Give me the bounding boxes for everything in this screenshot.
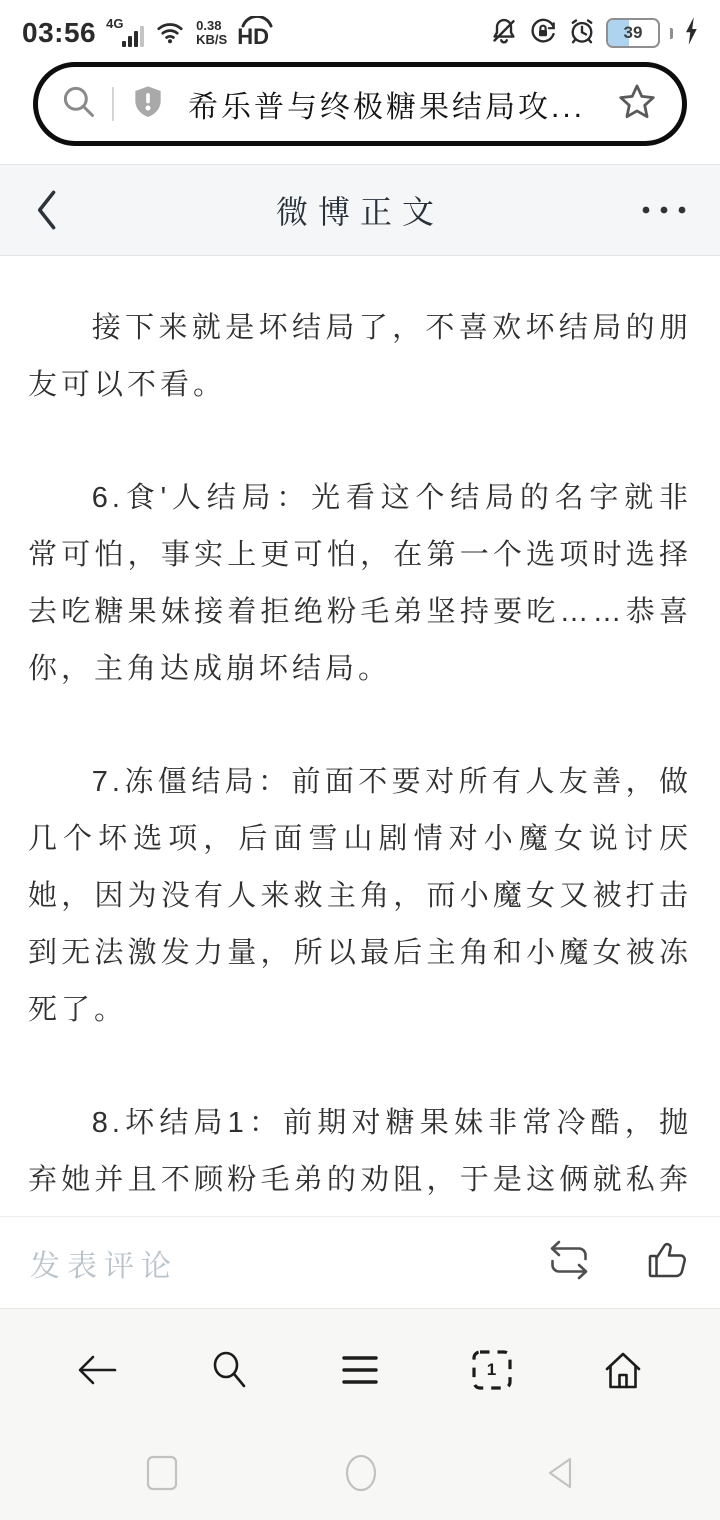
paragraph: 6.食'人结局：光看这个结局的名字就非常可怕，事实上更可怕，在第一个选项时选择去… — [28, 470, 692, 698]
phone-screen: 03:56 4G 0.38 KB/S HD — [0, 0, 720, 1520]
recents-button[interactable] — [146, 1455, 178, 1496]
more-options-button[interactable] — [580, 203, 690, 217]
toolbar-back-button[interactable] — [72, 1345, 122, 1395]
paragraph: 8.坏结局1：前期对糖果妹非常冷酷，抛弃她并且不顾粉毛弟的劝阻，于是这俩就私奔了… — [28, 1095, 692, 1216]
toolbar-menu-button[interactable] — [335, 1345, 385, 1395]
charging-bolt-icon — [682, 16, 700, 51]
speed-value: 0.38 — [196, 19, 227, 33]
mute-bell-icon — [489, 16, 519, 51]
more-icon — [638, 203, 690, 217]
wifi-icon — [154, 16, 186, 51]
battery-cap — [670, 28, 673, 39]
page-title: 微博正文 — [140, 187, 580, 233]
back-triangle-icon — [544, 1455, 574, 1491]
toolbar-tabs-button[interactable]: 1 — [467, 1345, 517, 1395]
url-address-bar[interactable]: 希乐普与终极糖果结局攻... — [33, 62, 687, 146]
site-safety-shield-icon[interactable] — [128, 82, 168, 127]
cellular-signal-icon: 4G — [106, 17, 144, 49]
battery-percent: 39 — [624, 23, 643, 43]
paragraph: 7.冻僵结局：前面不要对所有人友善，做几个坏选项，后面雪山剧情对小魔女说讨厌她，… — [28, 754, 692, 1039]
search-icon[interactable] — [60, 83, 98, 126]
comment-action-bar: 发表评论 — [0, 1216, 720, 1308]
back-button-system[interactable] — [544, 1455, 574, 1496]
divider — [112, 87, 114, 121]
speed-unit: KB/S — [196, 33, 227, 47]
home-icon — [599, 1347, 647, 1393]
search-icon — [206, 1347, 252, 1393]
battery-indicator: 39 — [606, 18, 660, 48]
page-title-url-text[interactable]: 希乐普与终极糖果结局攻... — [182, 82, 602, 126]
browser-toolbar: 1 — [0, 1308, 720, 1430]
back-button[interactable] — [30, 188, 140, 232]
rotation-lock-icon — [528, 16, 558, 51]
toolbar-home-button[interactable] — [598, 1345, 648, 1395]
bookmark-star-icon[interactable] — [616, 81, 658, 128]
home-button[interactable] — [344, 1453, 378, 1498]
recents-square-icon — [146, 1455, 178, 1491]
toolbar-search-button[interactable] — [204, 1345, 254, 1395]
back-arrow-icon — [73, 1350, 121, 1390]
paragraph: 接下来就是坏结局了，不喜欢坏结局的朋友可以不看。 — [28, 300, 692, 414]
comment-input[interactable]: 发表评论 — [30, 1241, 494, 1285]
like-thumbs-up-icon[interactable] — [644, 1237, 690, 1288]
address-bar-row: 希乐普与终极糖果结局攻... — [0, 60, 720, 164]
article-body: 接下来就是坏结局了，不喜欢坏结局的朋友可以不看。 6.食'人结局：光看这个结局的… — [0, 256, 720, 1216]
clock-time: 03:56 — [22, 17, 96, 49]
network-type-label: 4G — [106, 16, 123, 31]
home-circle-icon — [344, 1453, 378, 1493]
alarm-clock-icon — [567, 16, 597, 51]
tab-count-label: 1 — [467, 1345, 517, 1395]
repost-icon[interactable] — [546, 1239, 592, 1286]
article-header-bar: 微博正文 — [0, 164, 720, 256]
system-navigation-bar — [0, 1430, 720, 1520]
volte-hd-icon: HD — [237, 18, 269, 49]
network-speed: 0.38 KB/S — [196, 19, 227, 47]
status-bar: 03:56 4G 0.38 KB/S HD — [0, 0, 720, 60]
menu-icon — [338, 1353, 382, 1387]
